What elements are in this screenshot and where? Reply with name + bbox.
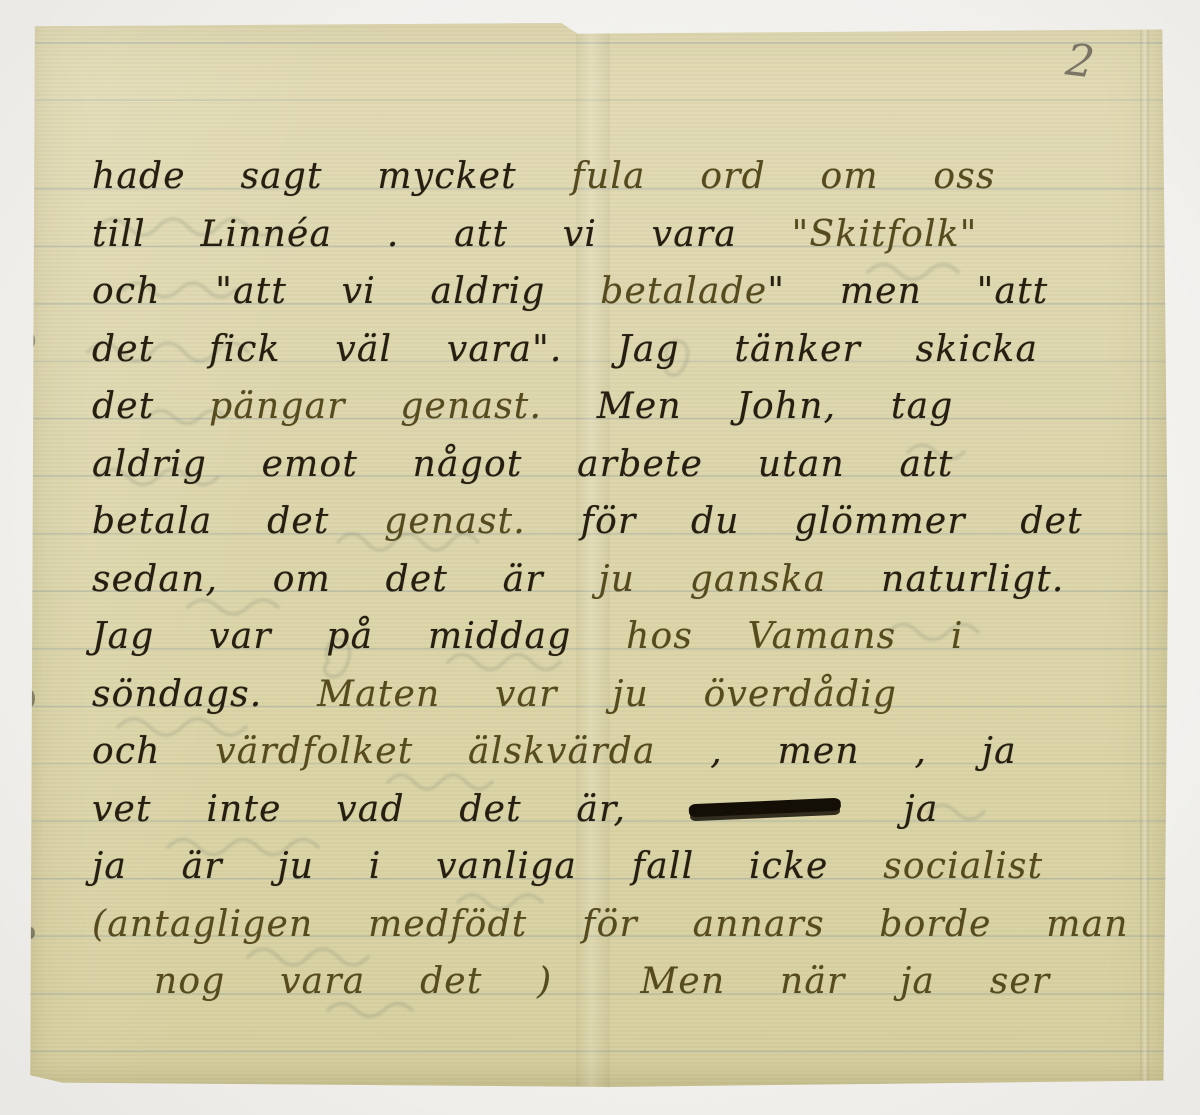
word-segment: det fick väl vara". Jag tänker skicka: [92, 329, 1038, 370]
handwritten-line: sedan, om det är ju ganska naturligt.: [92, 551, 1142, 609]
strikethrough-scribble: [688, 798, 840, 818]
word-segment: det: [92, 386, 209, 427]
handwritten-line: nog vara det )Men när ja ser: [92, 953, 1142, 1011]
word-segment: nog vara det ): [154, 961, 552, 1002]
word-segment: och: [92, 731, 215, 772]
handwritten-line: vet inte vad det är, ja: [92, 781, 1142, 839]
word-segment: betala det: [92, 501, 384, 542]
word-segment: för du glömmer det: [526, 501, 1083, 542]
word-segment: och "att vi aldrig: [92, 271, 600, 312]
handwritten-line: Jag var på middag hos Vamans i: [92, 608, 1142, 666]
word-segment: betalade: [600, 271, 767, 312]
handwritten-line: och "att vi aldrig betalade" men "att: [92, 263, 1142, 321]
left-edge-tear: [26, 927, 35, 939]
word-segment: socialist: [883, 846, 1043, 887]
left-edge-tear: [26, 332, 35, 349]
word-segment: sedan, om det är: [92, 559, 598, 600]
word-segment: Men när ja ser: [640, 961, 1050, 1002]
word-segment: , men , ja: [656, 731, 1017, 772]
word-segment: till Linnéa . att vi vara: [92, 214, 792, 255]
handwritten-line: det pängar genast. Men John, tag: [92, 378, 1142, 436]
word-segment: (antagligen medfödt för annars borde man: [92, 904, 1129, 945]
word-segment: " men "att: [767, 271, 1048, 312]
word-segment: ju ganska: [598, 559, 881, 600]
word-segment: värdfolket älskvärda: [215, 731, 655, 772]
handwritten-line: till Linnéa . att vi vara "Skitfolk": [92, 206, 1142, 264]
word-segment: pängar genast.: [209, 386, 542, 427]
word-segment: fula ord om oss: [571, 156, 995, 197]
word-segment: naturligt.: [881, 559, 1065, 600]
word-segment: genast.: [384, 501, 526, 542]
word-segment: aldrig emot något arbete utan att: [92, 444, 954, 485]
handwritten-line: hade sagt mycket fula ord om oss: [92, 148, 1142, 206]
handwritten-line: ja är ju i vanliga fall icke socialist: [92, 838, 1142, 896]
letter-text: hade sagt mycket fula ord om osstill Lin…: [92, 148, 1142, 1011]
word-segment: "Skitfolk": [792, 214, 978, 255]
word-segment: Men John, tag: [542, 386, 953, 427]
handwritten-line: (antagligen medfödt för annars borde man: [92, 896, 1142, 954]
word-segment: ja är ju i vanliga fall icke: [92, 846, 883, 887]
word-segment: söndags.: [92, 674, 317, 715]
handwritten-line: betala det genast. för du glömmer det: [92, 493, 1142, 551]
letter-page: 2 hade sagt mycket fula ord om osstill L…: [28, 22, 1168, 1088]
word-segment: Jag var på middag: [92, 616, 626, 657]
word-segment: vet inte vad det är,: [92, 789, 681, 830]
word-segment: Maten var ju överdådig: [317, 674, 897, 715]
handwritten-line: söndags. Maten var ju överdådig: [92, 666, 1142, 724]
word-segment: hade sagt mycket: [92, 156, 571, 197]
word-segment: ja: [849, 789, 939, 830]
handwritten-line: och värdfolket älskvärda , men , ja: [92, 723, 1142, 781]
handwritten-line: aldrig emot något arbete utan att: [92, 436, 1142, 494]
left-edge-tear: [26, 690, 35, 707]
handwritten-line: det fick väl vara". Jag tänker skicka: [92, 321, 1142, 379]
word-segment: hos Vamans i: [626, 616, 964, 657]
